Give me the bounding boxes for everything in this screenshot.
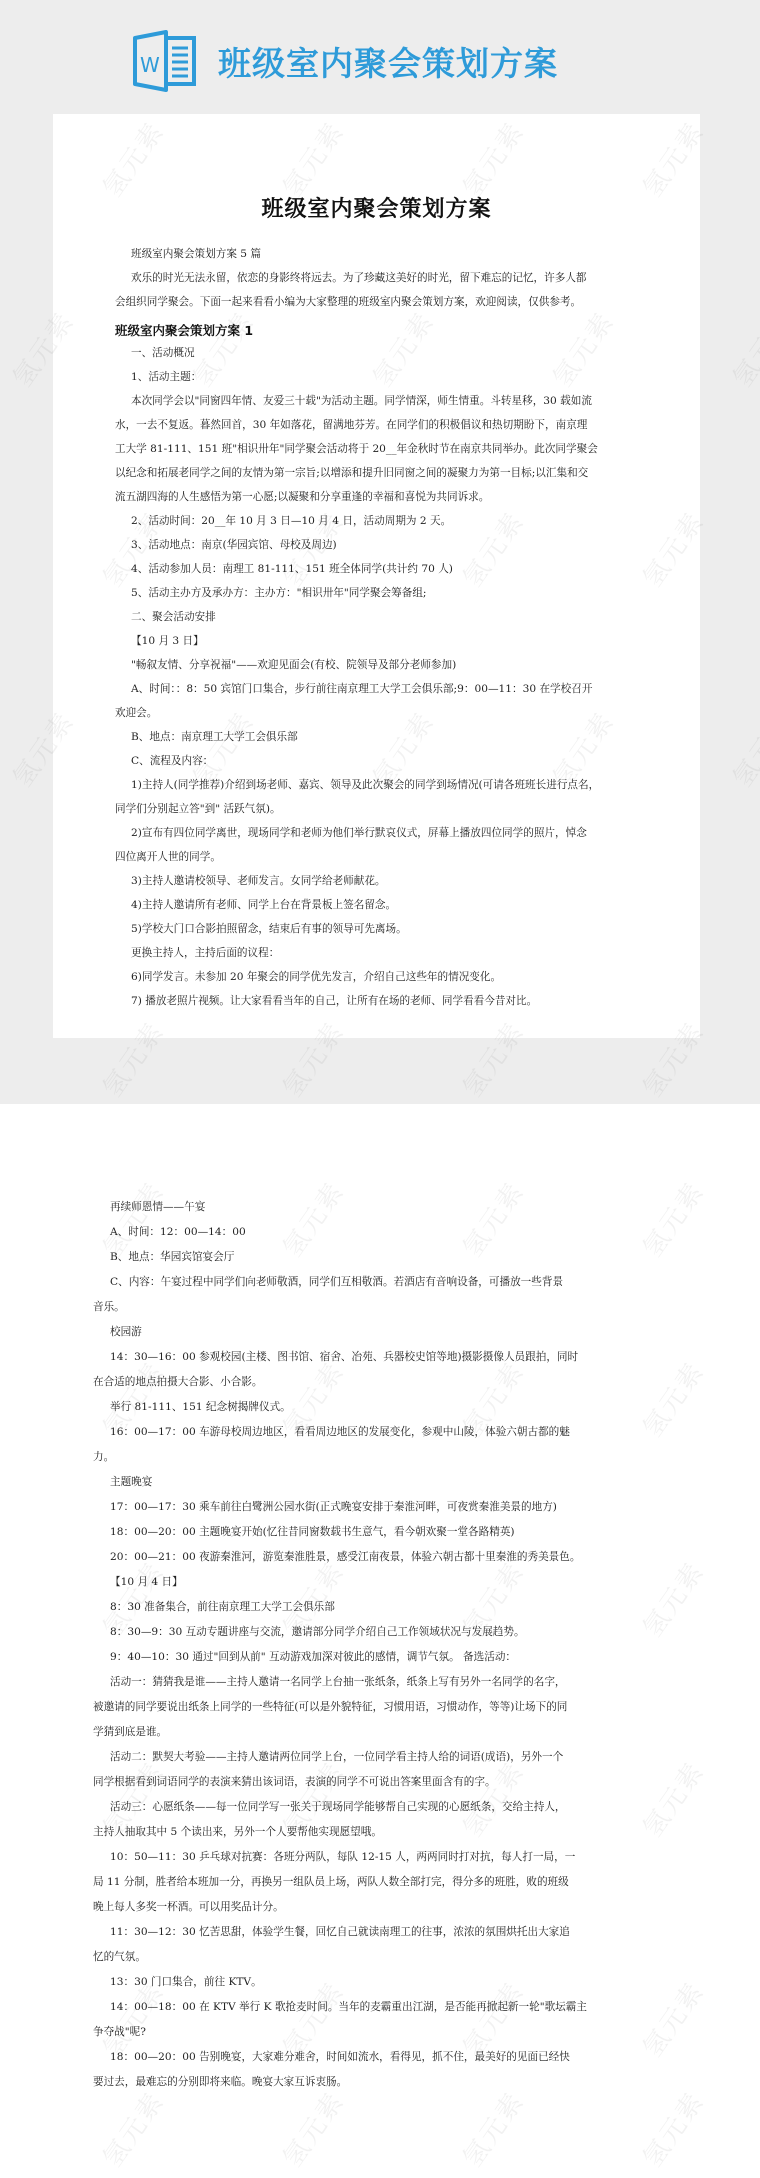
body-line: 6)同学发言。未参加 20 年聚会的同学优先发言，介绍自己这些年的情况变化。	[131, 966, 625, 990]
body-line: 本次同学会以"同窗四年情、友爱三十载"为活动主题。同学情深，师生情重。斗转星移，…	[131, 390, 625, 414]
subsection-heading: 校园游	[110, 1321, 640, 1345]
body-line: 活动二：默契大考验——主持人邀请两位同学上台，一位同学看主持人给的词语(成语)，…	[110, 1746, 640, 1770]
document-page-2: 再续师恩情——午宴 A、时间：12：00—14：00 B、地点：华园宾馆宴会厅 …	[0, 1104, 760, 2178]
word-document-icon: W	[132, 30, 198, 92]
body-line: 3)主持人邀请校领导、老师发言。女同学给老师献花。	[131, 870, 625, 894]
body-line: 再续师恩情——午宴	[110, 1196, 640, 1220]
body-line: 一、活动概况	[131, 342, 625, 366]
body-line: "畅叙友情、分享祝福"——欢迎见面会(有校、院领导及部分老师参加)	[131, 654, 625, 678]
body-line: 要过去，最难忘的分别即将来临。晚宴大家互诉衷肠。	[93, 2071, 623, 2095]
body-line: 1)主持人(同学推荐)介绍到场老师、嘉宾、领导及此次聚会的同学到场情况(可请各班…	[131, 774, 625, 798]
body-line: 18：00—20：00 告别晚宴，大家难分难舍，时间如流水，看得见，抓不住，最美…	[110, 2046, 640, 2070]
body-line: B、地点：华园宾馆宴会厅	[110, 1246, 640, 1270]
intro-line: 欢乐的时光无法永留，依恋的身影终将远去。为了珍藏这美好的时光，留下难忘的记忆，许…	[131, 267, 625, 291]
body-line: 10：50—11：30 乒乓球对抗赛：各班分两队，每队 12-15 人，两两同时…	[110, 1846, 640, 1870]
body-line: 在合适的地点拍摄大合影、小合影。	[93, 1371, 623, 1395]
body-line: 学猜到底是谁。	[93, 1721, 623, 1745]
body-line: 二、聚会活动安排	[131, 606, 625, 630]
svg-text:W: W	[140, 53, 160, 77]
section-heading: 班级室内聚会策划方案 1	[115, 321, 253, 339]
body-line: 4)主持人邀请所有老师、同学上台在背景板上签名留念。	[131, 894, 625, 918]
body-line: 力。	[93, 1446, 623, 1470]
body-line: 2、活动时间：20__年 10 月 3 日—10 月 4 日，活动周期为 2 天…	[131, 510, 625, 534]
body-line: 局 11 分制，胜者给本班加一分，再换另一组队员上场，两队人数全部打完，得分多的…	[93, 1871, 623, 1895]
body-line: 被邀请的同学要说出纸条上同学的一些特征(可以是外貌特征，习惯用语，习惯动作，等等…	[93, 1696, 623, 1720]
subsection-heading: 主题晚宴	[110, 1471, 640, 1495]
body-line: 1、活动主题：	[131, 366, 625, 390]
body-line: 3、活动地点：南京(华园宾馆、母校及周边)	[131, 534, 625, 558]
body-line: 13：30 门口集合，前往 KTV。	[110, 1971, 640, 1995]
body-line: 以纪念和拓展老同学之间的友情为第一宗旨;以增添和提升旧同窗之间的凝聚力为第一目标…	[115, 462, 609, 486]
body-line: 4、活动参加人员：南理工 81-111、151 班全体同学(共计约 70 人)	[131, 558, 625, 582]
body-line: 8：30 准备集合，前往南京理工大学工会俱乐部	[110, 1596, 640, 1620]
body-line: 同学们分别起立答"到" 活跃气氛)。	[115, 798, 609, 822]
header-title: 班级室内聚会策划方案	[218, 44, 558, 84]
document-title: 班级室内聚会策划方案	[53, 192, 700, 223]
body-line: 忆的气氛。	[93, 1946, 623, 1970]
body-line: 16：00—17：00 车游母校周边地区，看看周边地区的发展变化，参观中山陵，体…	[110, 1421, 640, 1445]
body-line: B、地点：南京理工大学工会俱乐部	[131, 726, 625, 750]
intro-line: 会组织同学聚会。下面一起来看看小编为大家整理的班级室内聚会策划方案，欢迎阅读，仅…	[115, 291, 609, 315]
body-line: 晚上每人多奖一杯酒。可以用奖品计分。	[93, 1896, 623, 1920]
date-heading: 【10 月 3 日】	[131, 630, 625, 654]
body-line: 活动三：心愿纸条——每一位同学写一张关于现场同学能够帮自己实现的心愿纸条，交给主…	[110, 1796, 640, 1820]
body-line: 更换主持人，主持后面的议程：	[131, 942, 625, 966]
body-line: 14：00—18：00 在 KTV 举行 K 歌抢麦时间。当年的麦霸重出江湖，是…	[110, 1996, 640, 2020]
body-line: 20：00—21：00 夜游秦淮河，游览秦淮胜景，感受江南夜景，体验六朝古都十里…	[110, 1546, 640, 1570]
body-line: 14：30—16：00 参观校园(主楼、图书馆、宿舍、冶苑、兵器校史馆等地)摄影…	[110, 1346, 640, 1370]
body-line: 欢迎会。	[115, 702, 609, 726]
body-line: 水，一去不复返。暮然回首，30 年如落花，留满地芬芳。在同学们的积极倡议和热切期…	[115, 414, 609, 438]
body-line: 5、活动主办方及承办方：主办方："相识卅年"同学聚会筹备组;	[131, 582, 625, 606]
page-header: W 班级室内聚会策划方案	[0, 0, 760, 114]
body-line: C、内容：午宴过程中同学们向老师敬酒，同学们互相敬酒。若酒店有音响设备，可播放一…	[110, 1271, 640, 1295]
body-line: 5)学校大门口合影拍照留念，结束后有事的领导可先离场。	[131, 918, 625, 942]
subtitle-line: 班级室内聚会策划方案 5 篇	[131, 243, 625, 267]
body-line: 主持人抽取其中 5 个读出来，另外一个人要帮他实现愿望哦。	[93, 1821, 623, 1845]
document-page-1: 班级室内聚会策划方案 班级室内聚会策划方案 5 篇 欢乐的时光无法永留，依恋的身…	[53, 114, 700, 1038]
body-line: 8：30—9：30 互动专题讲座与交流，邀请部分同学介绍自己工作领域状况与发展趋…	[110, 1621, 640, 1645]
body-line: 举行 81-111、151 纪念树揭牌仪式。	[110, 1396, 640, 1420]
body-line: 同学根据看到词语同学的表演来猜出该词语，表演的同学不可说出答案里面含有的字。	[93, 1771, 623, 1795]
body-line: 18：00—20：00 主题晚宴开始(忆往昔同窗数载书生意气，看今朝欢聚一堂各路…	[110, 1521, 640, 1545]
body-line: C、流程及内容：	[131, 750, 625, 774]
body-line: 工大学 81-111、151 班"相识卅年"同学聚会活动将于 20__年金秋时节…	[115, 438, 609, 462]
body-line: 7) 播放老照片视频。让大家看看当年的自己，让所有在场的老师、同学看看今昔对比。	[131, 990, 625, 1014]
body-line: 四位离开人世的同学。	[115, 846, 609, 870]
body-line: 11：30—12：30 忆苦思甜，体验学生餐，回忆自己就读南理工的往事，浓浓的氛…	[110, 1921, 640, 1945]
body-line: 音乐。	[93, 1296, 623, 1320]
body-line: 争夺战"呢?	[93, 2021, 623, 2045]
body-line: 9：40—10：30 通过"回到从前" 互动游戏加深对彼此的感情，调节气氛。 备…	[110, 1646, 640, 1670]
body-line: A、时间：：8：50 宾馆门口集合，步行前往南京理工大学工会俱乐部;9：00—1…	[131, 678, 625, 702]
date-heading: 【10 月 4 日】	[110, 1571, 640, 1595]
body-line: A、时间：12：00—14：00	[110, 1221, 640, 1245]
body-line: 17：00—17：30 乘车前往白鹭洲公园水街(正式晚宴安排于秦淮河畔，可夜赏秦…	[110, 1496, 640, 1520]
body-line: 流五湖四海的人生感悟为第一心愿;以凝聚和分享重逢的幸福和喜悦为共同诉求。	[115, 486, 609, 510]
body-line: 活动一：猜猜我是谁——主持人邀请一名同学上台抽一张纸条，纸条上写有另外一名同学的…	[110, 1671, 640, 1695]
body-line: 2)宣布有四位同学离世，现场同学和老师为他们举行默哀仪式，屏幕上播放四位同学的照…	[131, 822, 625, 846]
